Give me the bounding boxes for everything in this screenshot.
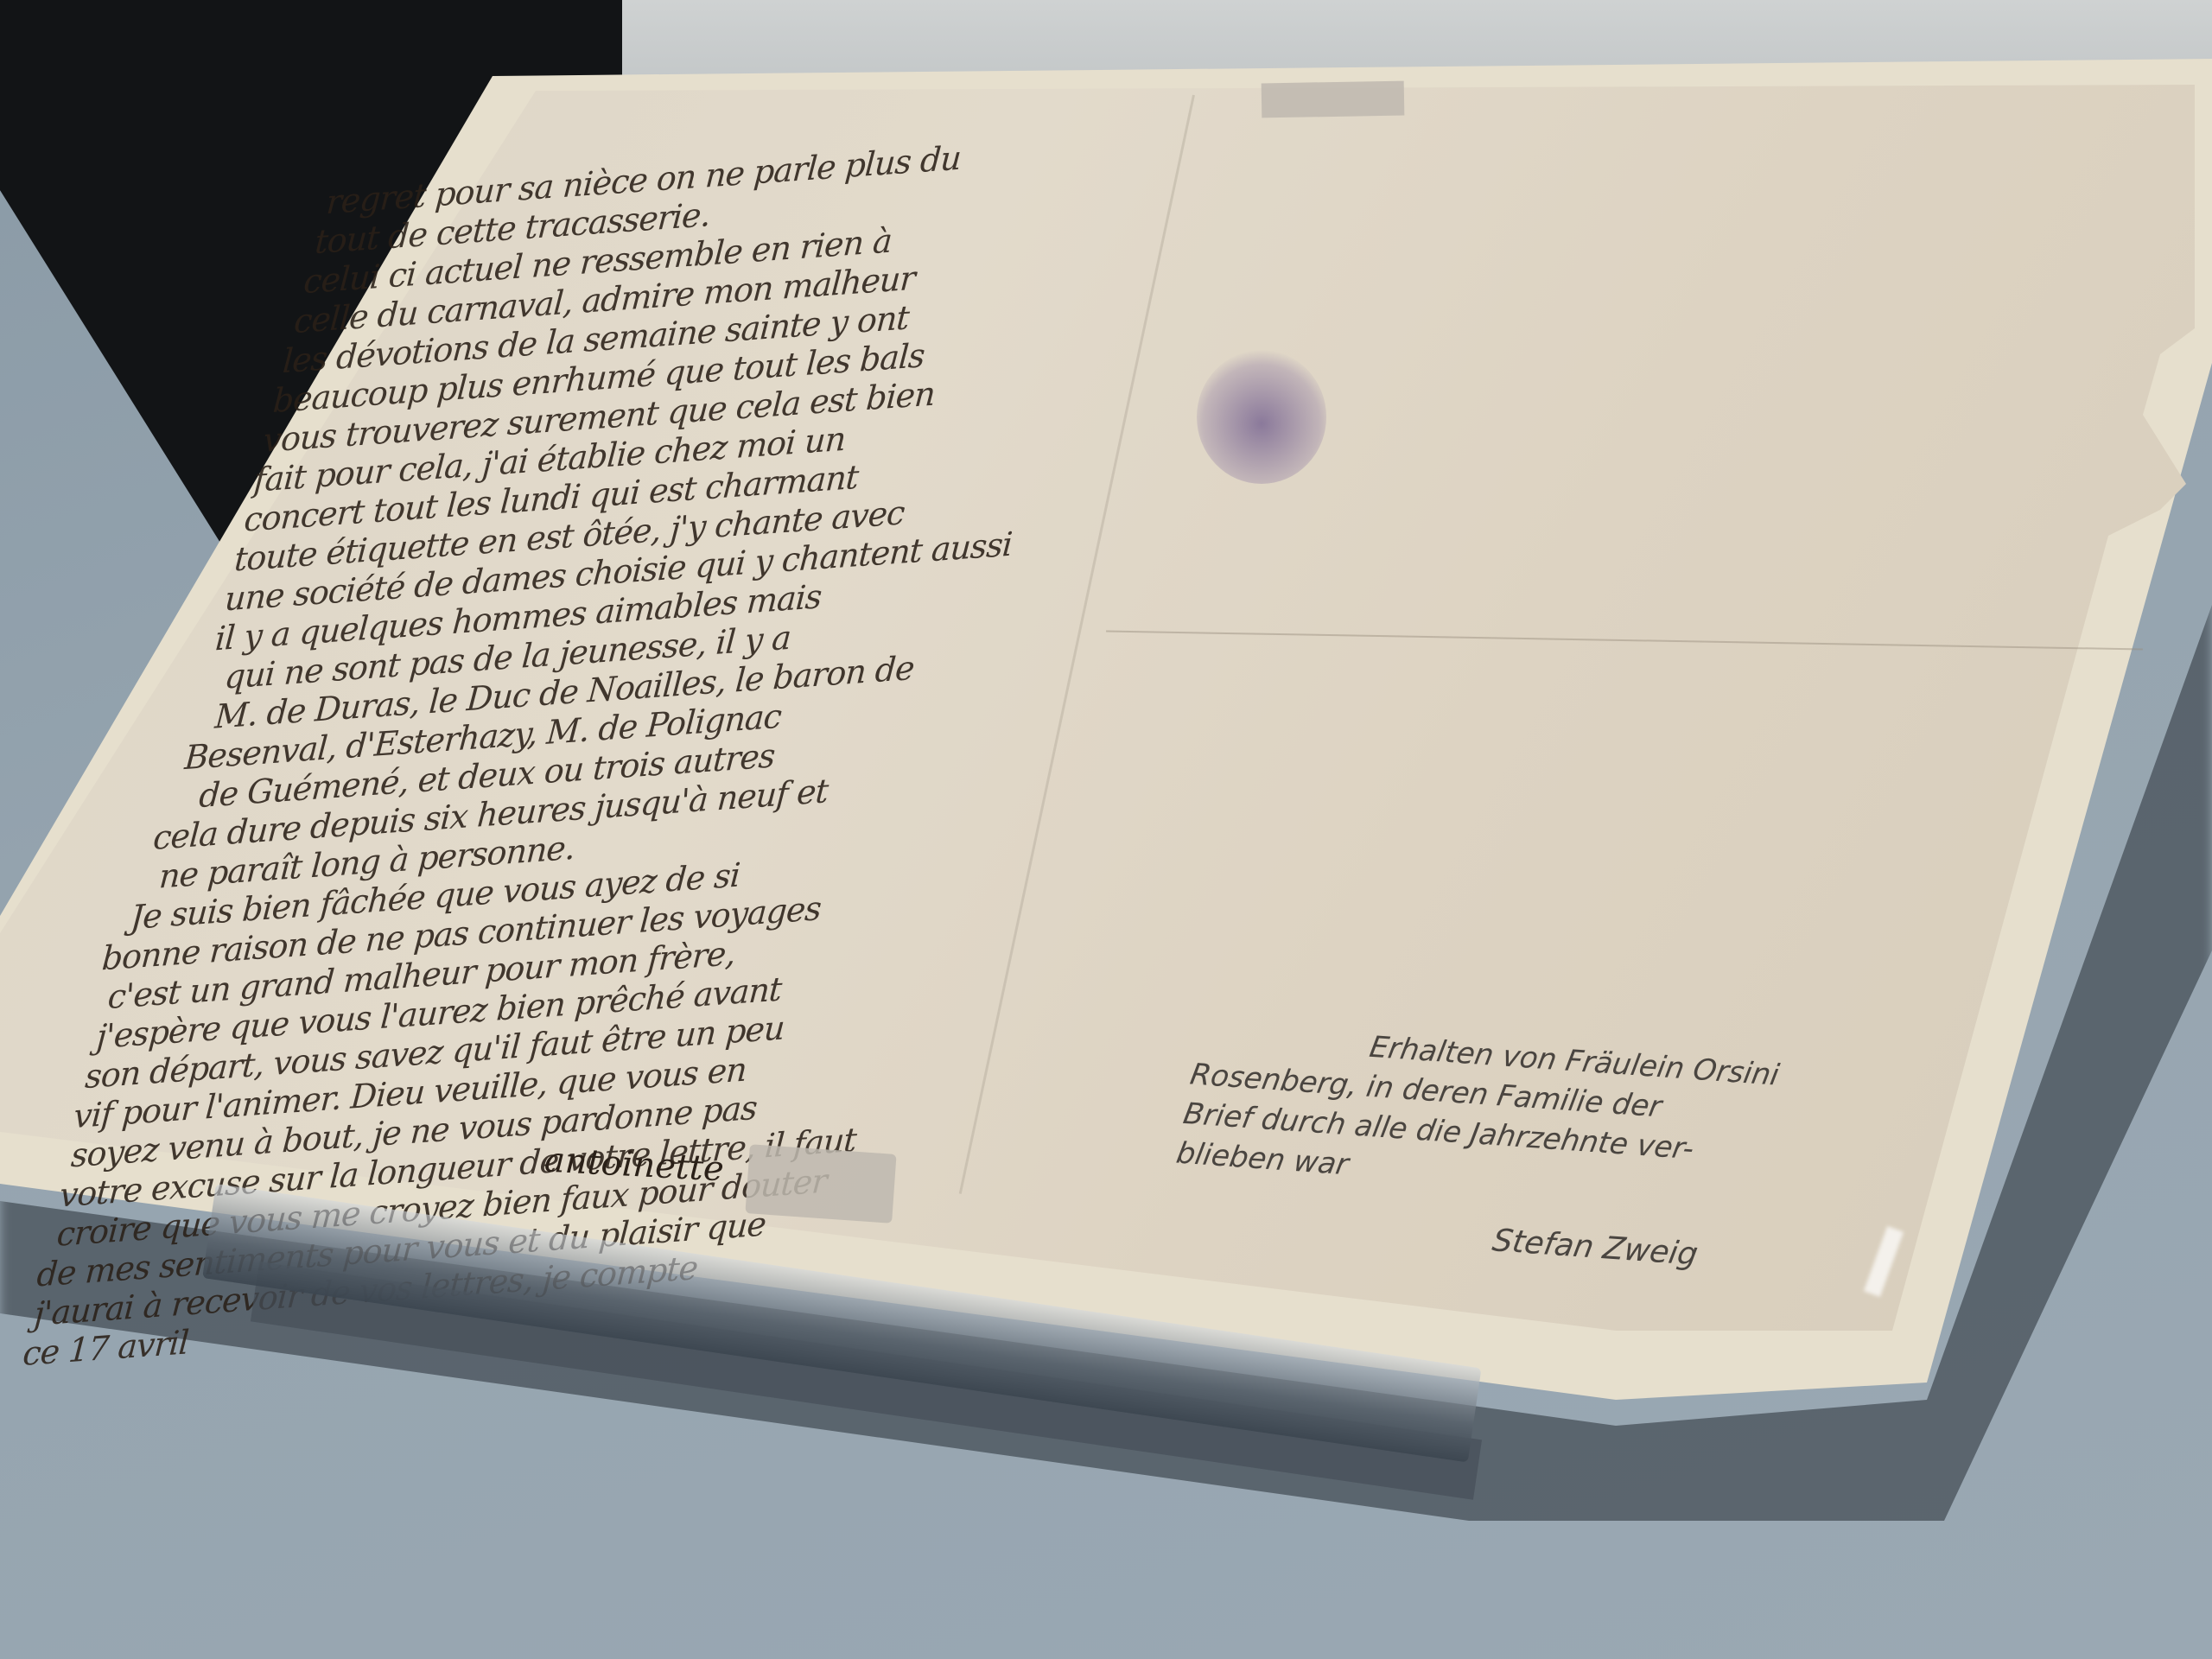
wax-seal-stain [1197,350,1326,484]
hinge-tape-top [1262,81,1405,118]
hinge-tape-bottom [745,1144,896,1224]
letter-text: regret pour sa nièce on ne parle plus du… [22,120,1224,1374]
display-scene: regret pour sa nièce on ne parle plus du… [0,0,2212,1659]
zweig-annotation: Erhalten von Fräulein Orsini Rosenberg, … [1162,1015,1891,1286]
